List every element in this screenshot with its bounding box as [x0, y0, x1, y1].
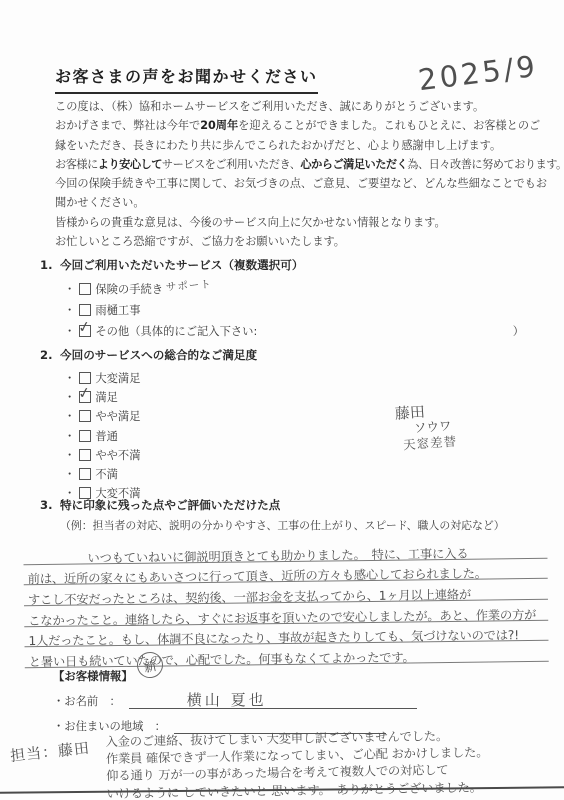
- question-title-text: 特に印象に残った点やご評価いただけた点: [60, 498, 280, 512]
- q2-option-dissatisfied: ・不満: [64, 464, 550, 483]
- intro-text-segment: サービスをご利用いただき、: [162, 158, 301, 171]
- intro-paragraph: 今回の保険手続きや工事に関して、お気づきの点、ご意見、ご要望など、どんな些細なこ…: [55, 174, 551, 213]
- intro-bold-segment: より安心して: [98, 158, 162, 171]
- checkbox-somewhat-dissatisfied: [79, 449, 91, 461]
- option-label: やや満足: [95, 408, 140, 424]
- checkbox-dissatisfied: [79, 468, 91, 480]
- option-label: 保険の手続き: [95, 281, 163, 297]
- option-label: 満足: [95, 389, 118, 405]
- q2-option-satisfied: ・満足: [64, 387, 550, 406]
- option-label: 普通: [95, 428, 118, 444]
- handwritten-date: 2025/9: [416, 49, 539, 97]
- q1-option-gutter: ・ 雨樋工事: [64, 299, 550, 320]
- checkbox-neutral: [79, 430, 91, 442]
- question-title-text: 今回のサービスへの総合的なご満足度: [60, 348, 257, 362]
- handwritten-side-note: 藤田 ソウワ 天窓差替: [386, 402, 457, 455]
- customer-name-row: ・お名前 ： 横山 夏也: [53, 692, 417, 709]
- option-label: 大変満足: [95, 370, 140, 386]
- intro-text-segment: おかげさまで、弊社は今年で: [55, 119, 200, 132]
- intro-paragraph: おかげさまで、弊社は今年で20周年を迎えることができました。これもひとえに、お客…: [55, 116, 551, 155]
- intro-text-segment: お客様に: [55, 158, 98, 171]
- name-label: ・お名前 ：: [53, 693, 121, 709]
- handwritten-answer-line: と暑い日も続いていたので、心配でした。何事もなくてよかったです。: [29, 648, 415, 671]
- q2-option-somewhat-dissatisfied: ・やや不満: [64, 445, 550, 464]
- intro-text-segment: 今回の保険手続きや工事に関して、お気づきの点、ご意見、ご要望など、どんな些細なこ…: [55, 177, 547, 209]
- q2-option-very-satisfied: ・大変満足: [64, 368, 550, 387]
- checkbox-gutter: [79, 304, 91, 316]
- checkbox-satisfied: [79, 391, 91, 403]
- handwritten-note-support: サポート: [165, 276, 212, 294]
- q1-option-insurance: ・ 保険の手続き サポート: [64, 278, 550, 299]
- checkbox-insurance: [79, 283, 91, 295]
- checkbox-somewhat-satisfied: [79, 410, 91, 422]
- intro-paragraph: この度は、（株）協和ホームサービスをご利用いただき、誠にありがとうございます。: [55, 97, 551, 116]
- bullet: ・: [64, 302, 75, 318]
- option-label: 不満: [95, 466, 118, 482]
- question-2-title: 2.今回のサービスへの総合的なご満足度: [40, 347, 550, 363]
- bullet: ・: [64, 447, 75, 463]
- question-2-options: ・大変満足 ・満足 ・やや満足 ・普通 ・やや不満 ・不満 ・大変不満: [64, 368, 550, 503]
- customer-survey-document: お客さまの声をお聞かせください 2025/9 この度は、（株）協和ホームサービス…: [0, 0, 564, 800]
- page-title: お客さまの声をお聞かせください: [55, 64, 318, 94]
- q2-option-neutral: ・普通: [64, 426, 550, 445]
- question-3-title: 3.特に印象に残った点やご評価いただけた点: [40, 497, 550, 513]
- bullet: ・: [64, 323, 75, 339]
- intro-text-segment: 皆様からの貴重な意見は、今後のサービス向上に欠かせない情報となります。: [55, 216, 446, 229]
- bullet: ・: [64, 389, 75, 405]
- question-1-options: ・ 保険の手続き サポート ・ 雨樋工事 ・ その他（具体的にご記入下さい: ）: [64, 278, 550, 341]
- question-1-section: 1.今回ご利用いただいたサービス（複数選択可） ・ 保険の手続き サポート ・ …: [40, 257, 550, 341]
- customer-info-heading: 【お客様情報】: [53, 668, 417, 684]
- customer-info-section: 【お客様情報】 ・お名前 ： 横山 夏也 ・お住まいの地域 ：: [53, 668, 417, 734]
- intro-text-segment: 為、日々改善に努めております。: [407, 158, 564, 171]
- question-number: 1.: [40, 258, 60, 272]
- intro-text-segment: この度は、（株）協和ホームサービスをご利用いただき、誠にありがとうございます。: [55, 100, 484, 113]
- question-title-text: 今回ご利用いただいたサービス（複数選択可）: [60, 258, 303, 272]
- checkbox-very-satisfied: [79, 372, 91, 384]
- bullet: ・: [64, 281, 75, 297]
- question-2-section: 2.今回のサービスへの総合的なご満足度 ・大変満足 ・満足 ・やや満足 ・普通 …: [40, 347, 550, 503]
- handwritten-customer-name: 横山 夏也: [187, 689, 267, 710]
- option-label: 雨樋工事: [95, 302, 140, 318]
- question-number: 2.: [40, 348, 60, 362]
- question-number: 3.: [40, 498, 60, 512]
- q3-answer-area: いつもていねいに御説明頂きとても助かりました。 特に、工事に入る 前は、近所の家…: [23, 538, 548, 669]
- bullet: ・: [64, 370, 75, 386]
- q1-option-other: ・ その他（具体的にご記入下さい: ）: [64, 320, 524, 341]
- option-label: やや不満: [95, 447, 140, 463]
- question-3-example: （例：担当者の対応、説明の分かりやすさ、工事の仕上がり、スピード、職人の対応など…: [60, 517, 550, 533]
- name-underline: 横山 夏也: [129, 692, 417, 709]
- bullet: ・: [64, 466, 75, 482]
- question-3-section: 3.特に印象に残った点やご評価いただけた点 （例：担当者の対応、説明の分かりやす…: [40, 497, 550, 533]
- intro-text: この度は、（株）協和ホームサービスをご利用いただき、誠にありがとうございます。 …: [55, 97, 551, 251]
- closing-paren: ）: [513, 323, 524, 339]
- q2-option-somewhat-satisfied: ・やや満足: [64, 407, 550, 426]
- intro-bold-segment: 20周年: [200, 119, 238, 132]
- bullet: ・: [64, 408, 75, 424]
- intro-paragraph: 皆様からの貴重な意見は、今後のサービス向上に欠かせない情報となります。: [55, 213, 551, 232]
- intro-paragraph: お客様により安心してサービスをご利用いただき、心からご満足いただく為、日々改善に…: [55, 155, 551, 174]
- bullet: ・: [64, 428, 75, 444]
- checkbox-other: [79, 325, 91, 337]
- intro-bold-segment: 心からご満足いただく: [300, 158, 407, 171]
- intro-paragraph: お忙しいところ恐縮ですが、ご協力をお願いいたします。: [55, 232, 551, 251]
- option-label: その他（具体的にご記入下さい:: [95, 323, 257, 339]
- intro-text-segment: お忙しいところ恐縮ですが、ご協力をお願いいたします。: [55, 235, 345, 248]
- staff-in-charge-label: 担当：藤田: [9, 737, 91, 766]
- question-1-title: 1.今回ご利用いただいたサービス（複数選択可）: [40, 257, 550, 273]
